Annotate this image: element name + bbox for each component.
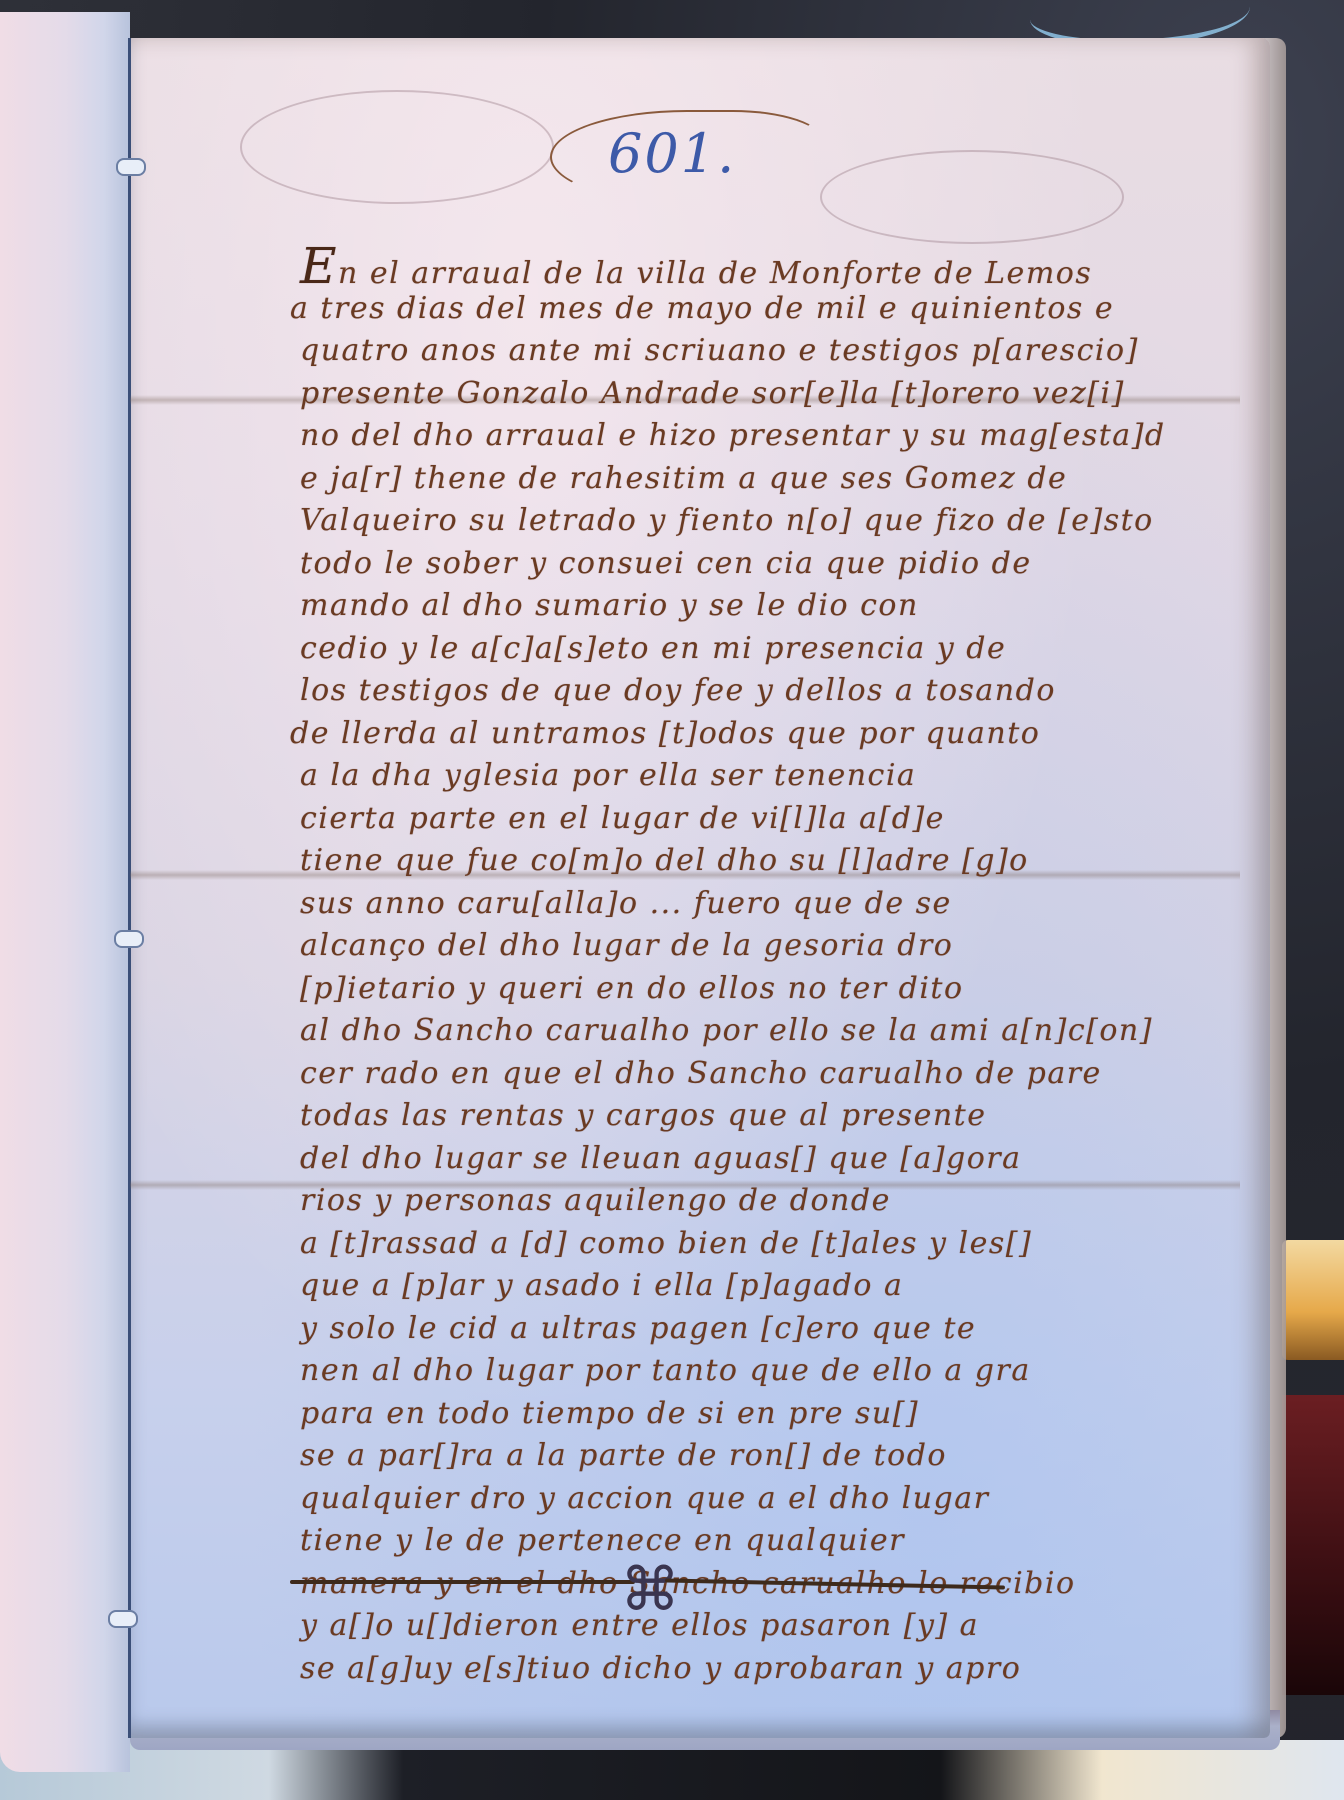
manuscript-line: [p]ietario y queri en do ellos no ter di… <box>300 968 1100 1011</box>
background-lamp <box>1282 1240 1344 1360</box>
manuscript-line: al dho Sancho carualho por ello se la am… <box>300 1010 1100 1053</box>
binding-stitch-icon <box>108 1610 138 1628</box>
manuscript-line: En el arraual de la villa de Monforte de… <box>300 245 1100 288</box>
manuscript-line: quatro anos ante mi scriuano e testigos … <box>300 330 1100 373</box>
manuscript-line: no del dho arraual e hizo presentar y su… <box>300 415 1100 458</box>
binding-stitch-icon <box>114 930 144 948</box>
manuscript-line: tiene y le de pertenece en qualquier <box>300 1520 1100 1563</box>
manuscript-line: se a[g]uy e[s]tiuo dicho y aprobaran y a… <box>300 1648 1100 1691</box>
binding-spine <box>128 38 131 1738</box>
manuscript-line: y a[]o u[]dieron entre ellos pasaron [y]… <box>300 1605 1100 1648</box>
folio-number: 601. <box>608 122 736 185</box>
binding-stitch-icon <box>116 158 146 176</box>
closing-rule-line <box>290 1580 635 1584</box>
manuscript-line: todo le sober y consuei cen cia que pidi… <box>300 543 1100 586</box>
manuscript-line: a tres dias del mes de mayo de mil e qui… <box>290 288 1100 331</box>
left-cover-flap <box>0 12 130 1772</box>
manuscript-line: cer rado en que el dho Sancho carualho d… <box>300 1053 1100 1096</box>
faded-flourish <box>240 90 554 204</box>
manuscript-line: los testigos de que doy fee y dellos a t… <box>300 670 1100 713</box>
closing-flourish-icon: ⌘ <box>620 1555 680 1625</box>
faded-flourish <box>820 150 1124 244</box>
manuscript-line: cierta parte en el lugar de vi[l]la a[d]… <box>300 798 1100 841</box>
manuscript-line: todas las rentas y cargos que al present… <box>300 1095 1100 1138</box>
manuscript-line: se a par[]ra a la parte de ron[] de todo <box>300 1435 1100 1478</box>
manuscript-line: de llerda al untramos [t]odos que por qu… <box>290 713 1100 756</box>
manuscript-line: para en todo tiempo de si en pre su[] <box>300 1393 1100 1436</box>
folio-header: 601. <box>520 100 820 210</box>
background-red-cloth <box>1282 1395 1344 1695</box>
manuscript-line: a [t]rassad a [d] como bien de [t]ales y… <box>300 1223 1100 1266</box>
manuscript-line: que a [p]ar y asado i ella [p]agado a <box>300 1265 1100 1308</box>
manuscript-line: presente Gonzalo Andrade sor[e]la [t]ore… <box>300 373 1100 416</box>
manuscript-line: tiene que fue co[m]o del dho su [l]adre … <box>300 840 1100 883</box>
manuscript-line: sus anno caru[alla]o ... fuero que de se <box>300 883 1100 926</box>
manuscript-line: alcanço del dho lugar de la gesoria dro <box>300 925 1100 968</box>
manuscript-line: cedio y le a[c]a[s]eto en mi presencia y… <box>300 628 1100 671</box>
manuscript-text: En el arraual de la villa de Monforte de… <box>300 245 1100 1690</box>
manuscript-line: rios y personas aquilengo de donde <box>300 1180 1100 1223</box>
manuscript-line: mando al dho sumario y se le dio con <box>300 585 1100 628</box>
manuscript-line: del dho lugar se lleuan aguas[] que [a]g… <box>300 1138 1100 1181</box>
manuscript-line: y solo le cid a ultras pagen [c]ero que … <box>300 1308 1100 1351</box>
manuscript-line: qualquier dro y accion que a el dho luga… <box>300 1478 1100 1521</box>
manuscript-line: Valqueiro su letrado y fiento n[o] que f… <box>300 500 1100 543</box>
manuscript-line: a la dha yglesia por ella ser tenencia <box>300 755 1100 798</box>
manuscript-line: e ja[r] thene de rahesitim a que ses Gom… <box>300 458 1100 501</box>
manuscript-line: nen al dho lugar por tanto que de ello a… <box>300 1350 1100 1393</box>
